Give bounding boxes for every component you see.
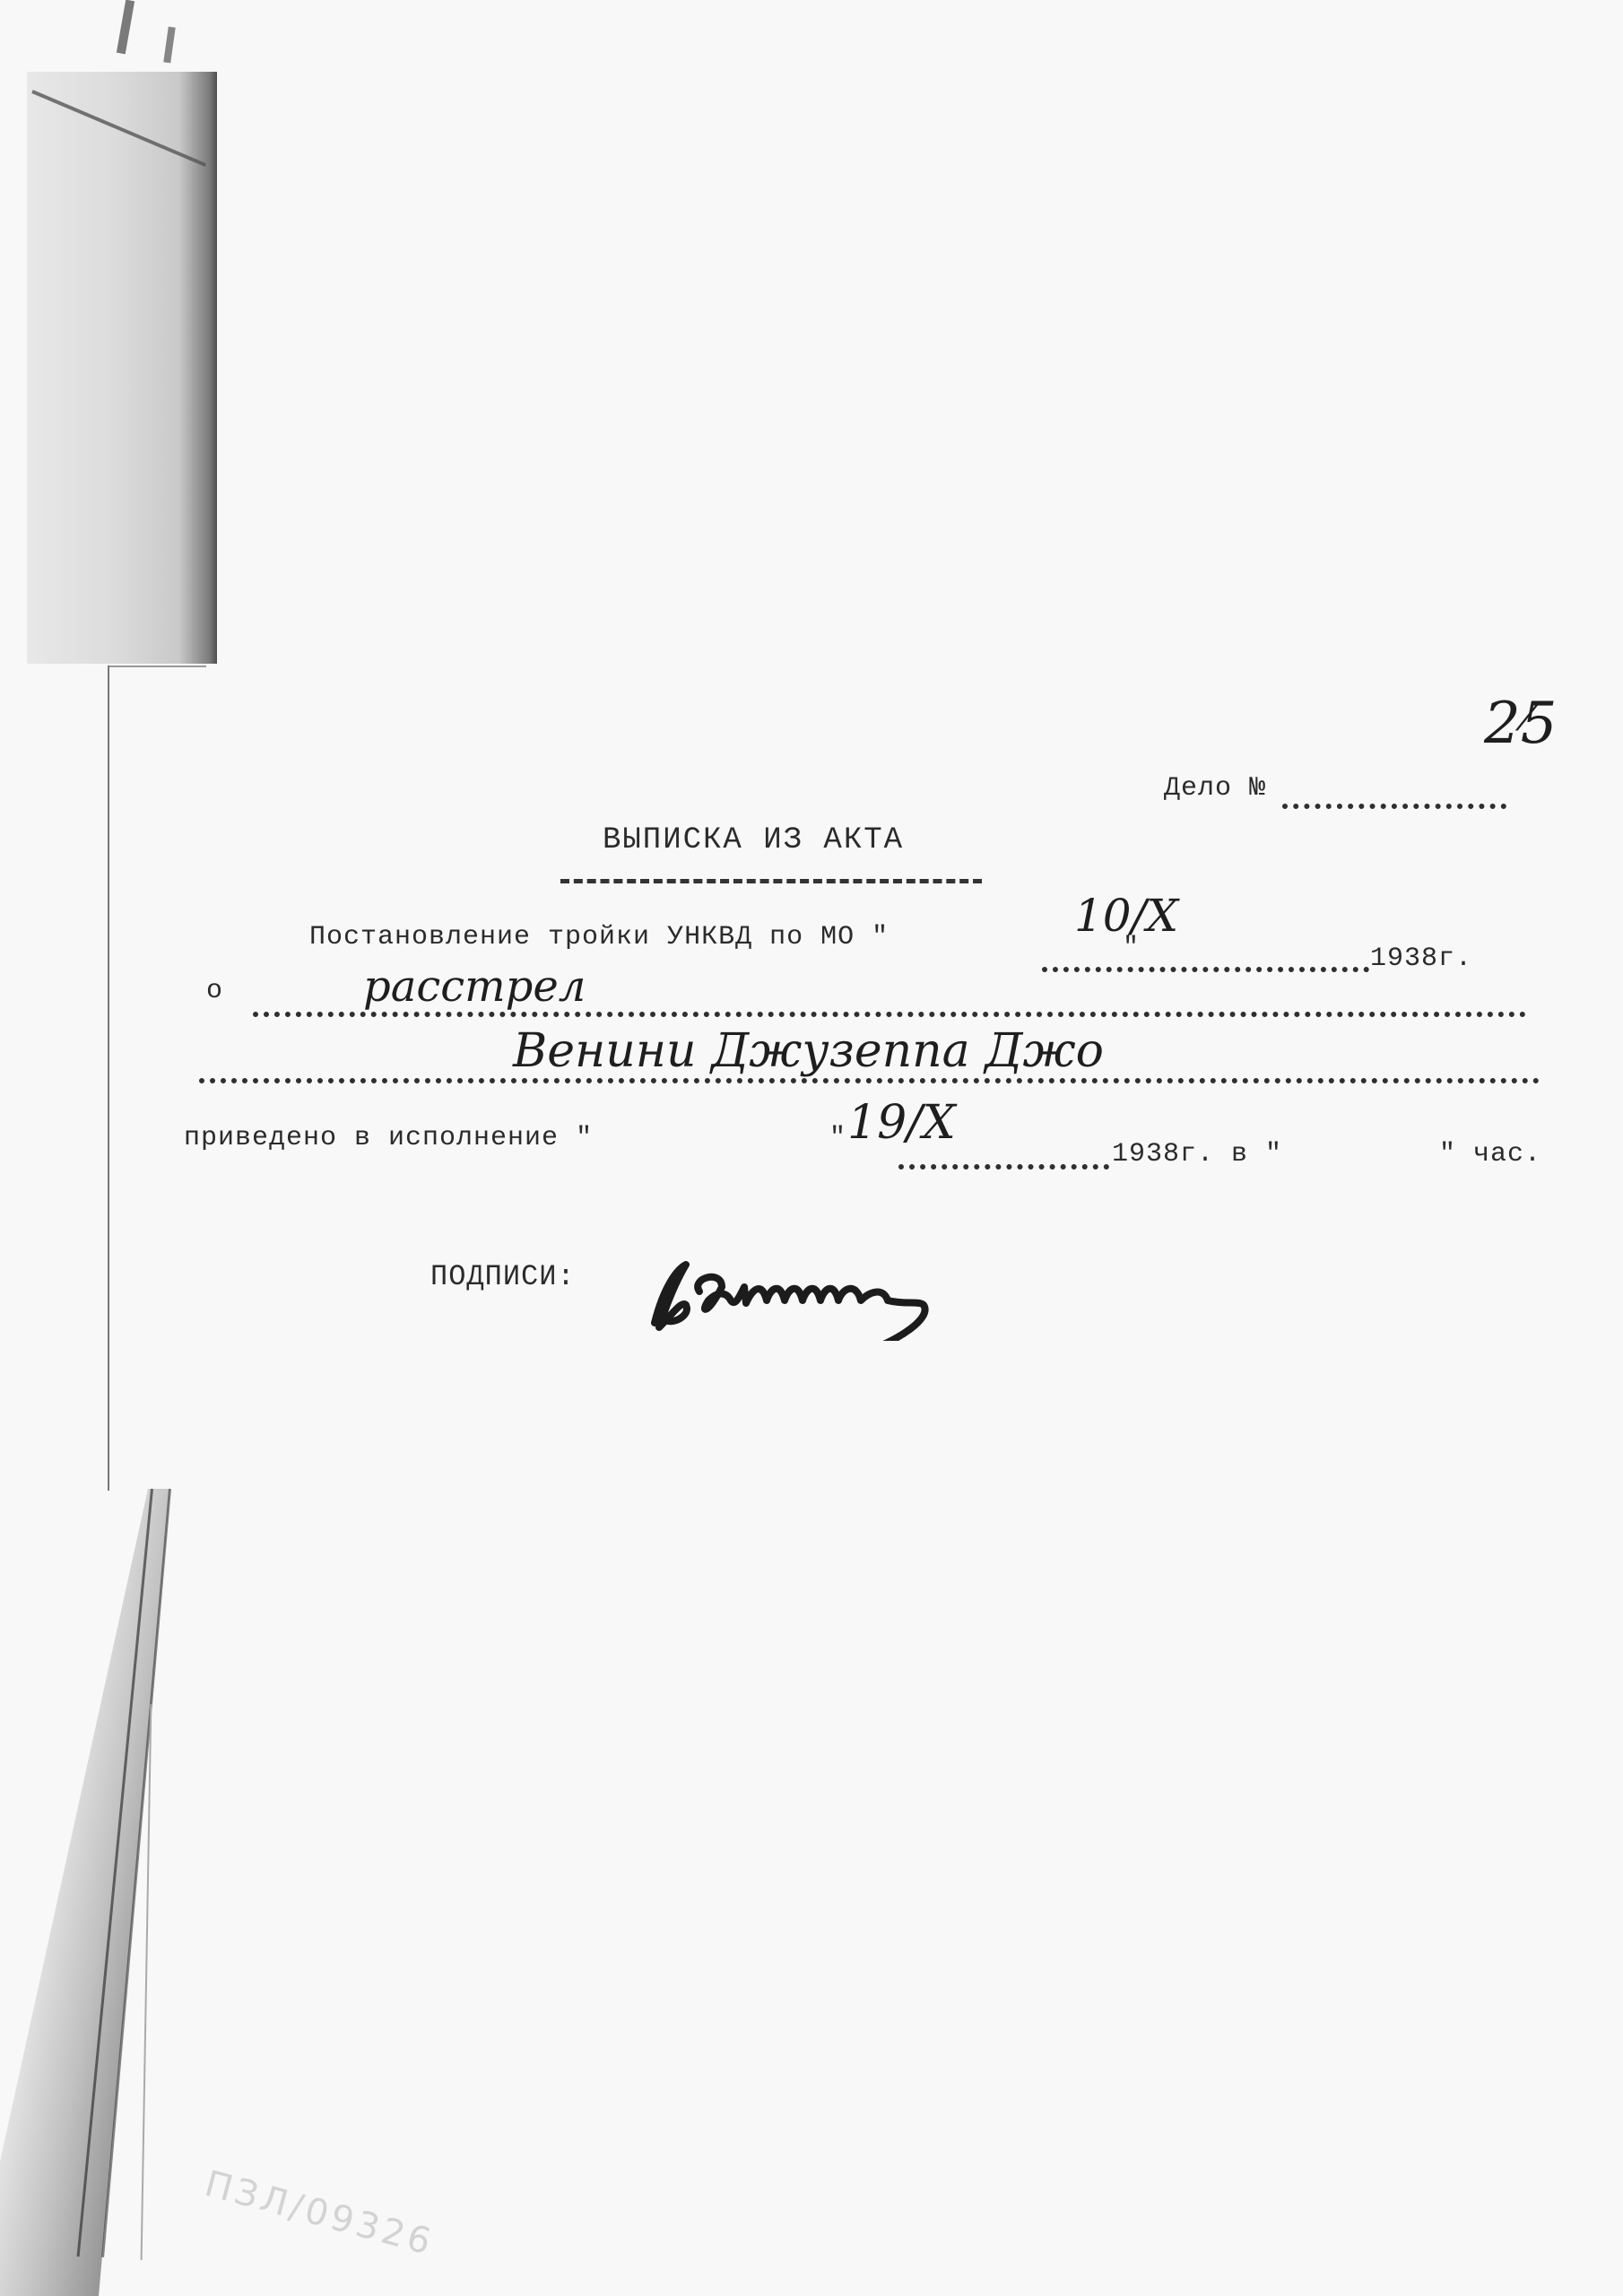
faint-stamp-text: ПЗЛ/09326	[201, 2163, 438, 2264]
case-number-flourish: ⁄	[1524, 698, 1531, 739]
execution-quote: "	[829, 1123, 846, 1153]
ink-mark	[163, 27, 175, 64]
document-title: ВЫПИСКА ИЗ АКТА	[603, 823, 904, 857]
execution-date-blank	[898, 1164, 1109, 1170]
case-number-blank	[1282, 804, 1506, 809]
execution-date-handwritten: 19/X	[847, 1096, 956, 1150]
execution-hour-suffix: " час.	[1439, 1139, 1541, 1170]
sentence-handwritten: расстрел	[363, 961, 586, 1012]
scanned-document-page: 25 ⁄ Дело № ВЫПИСКА ИЗ АКТА Постановлени…	[0, 0, 1623, 2296]
person-name-handwritten: Венини Джузеппа Джо	[513, 1024, 1104, 1078]
title-underline	[560, 879, 982, 883]
handwritten-signature	[637, 1251, 1013, 1341]
resolution-text: Постановление тройки УНКВД по МО "	[309, 922, 889, 952]
sentence-prefix: о	[206, 976, 223, 1006]
case-number-handwritten: 25	[1484, 691, 1557, 757]
resolution-quote: "	[1123, 933, 1140, 963]
ink-mark	[117, 0, 135, 54]
execution-text: приведено в исполнение "	[184, 1123, 593, 1153]
resolution-year: 1938г.	[1370, 944, 1472, 974]
resolution-date-blank	[1042, 967, 1369, 972]
sentence-blank	[253, 1012, 1526, 1017]
paper-edge	[108, 665, 109, 1491]
scan-shadow-bottom	[0, 1489, 179, 2296]
execution-year: 1938г. в "	[1112, 1139, 1282, 1170]
person-blank	[199, 1078, 1540, 1083]
case-label: Дело №	[1164, 773, 1266, 804]
paper-edge	[108, 665, 206, 667]
scan-shadow-top	[27, 72, 217, 664]
signatures-label: ПОДПИСИ:	[430, 1260, 576, 1293]
